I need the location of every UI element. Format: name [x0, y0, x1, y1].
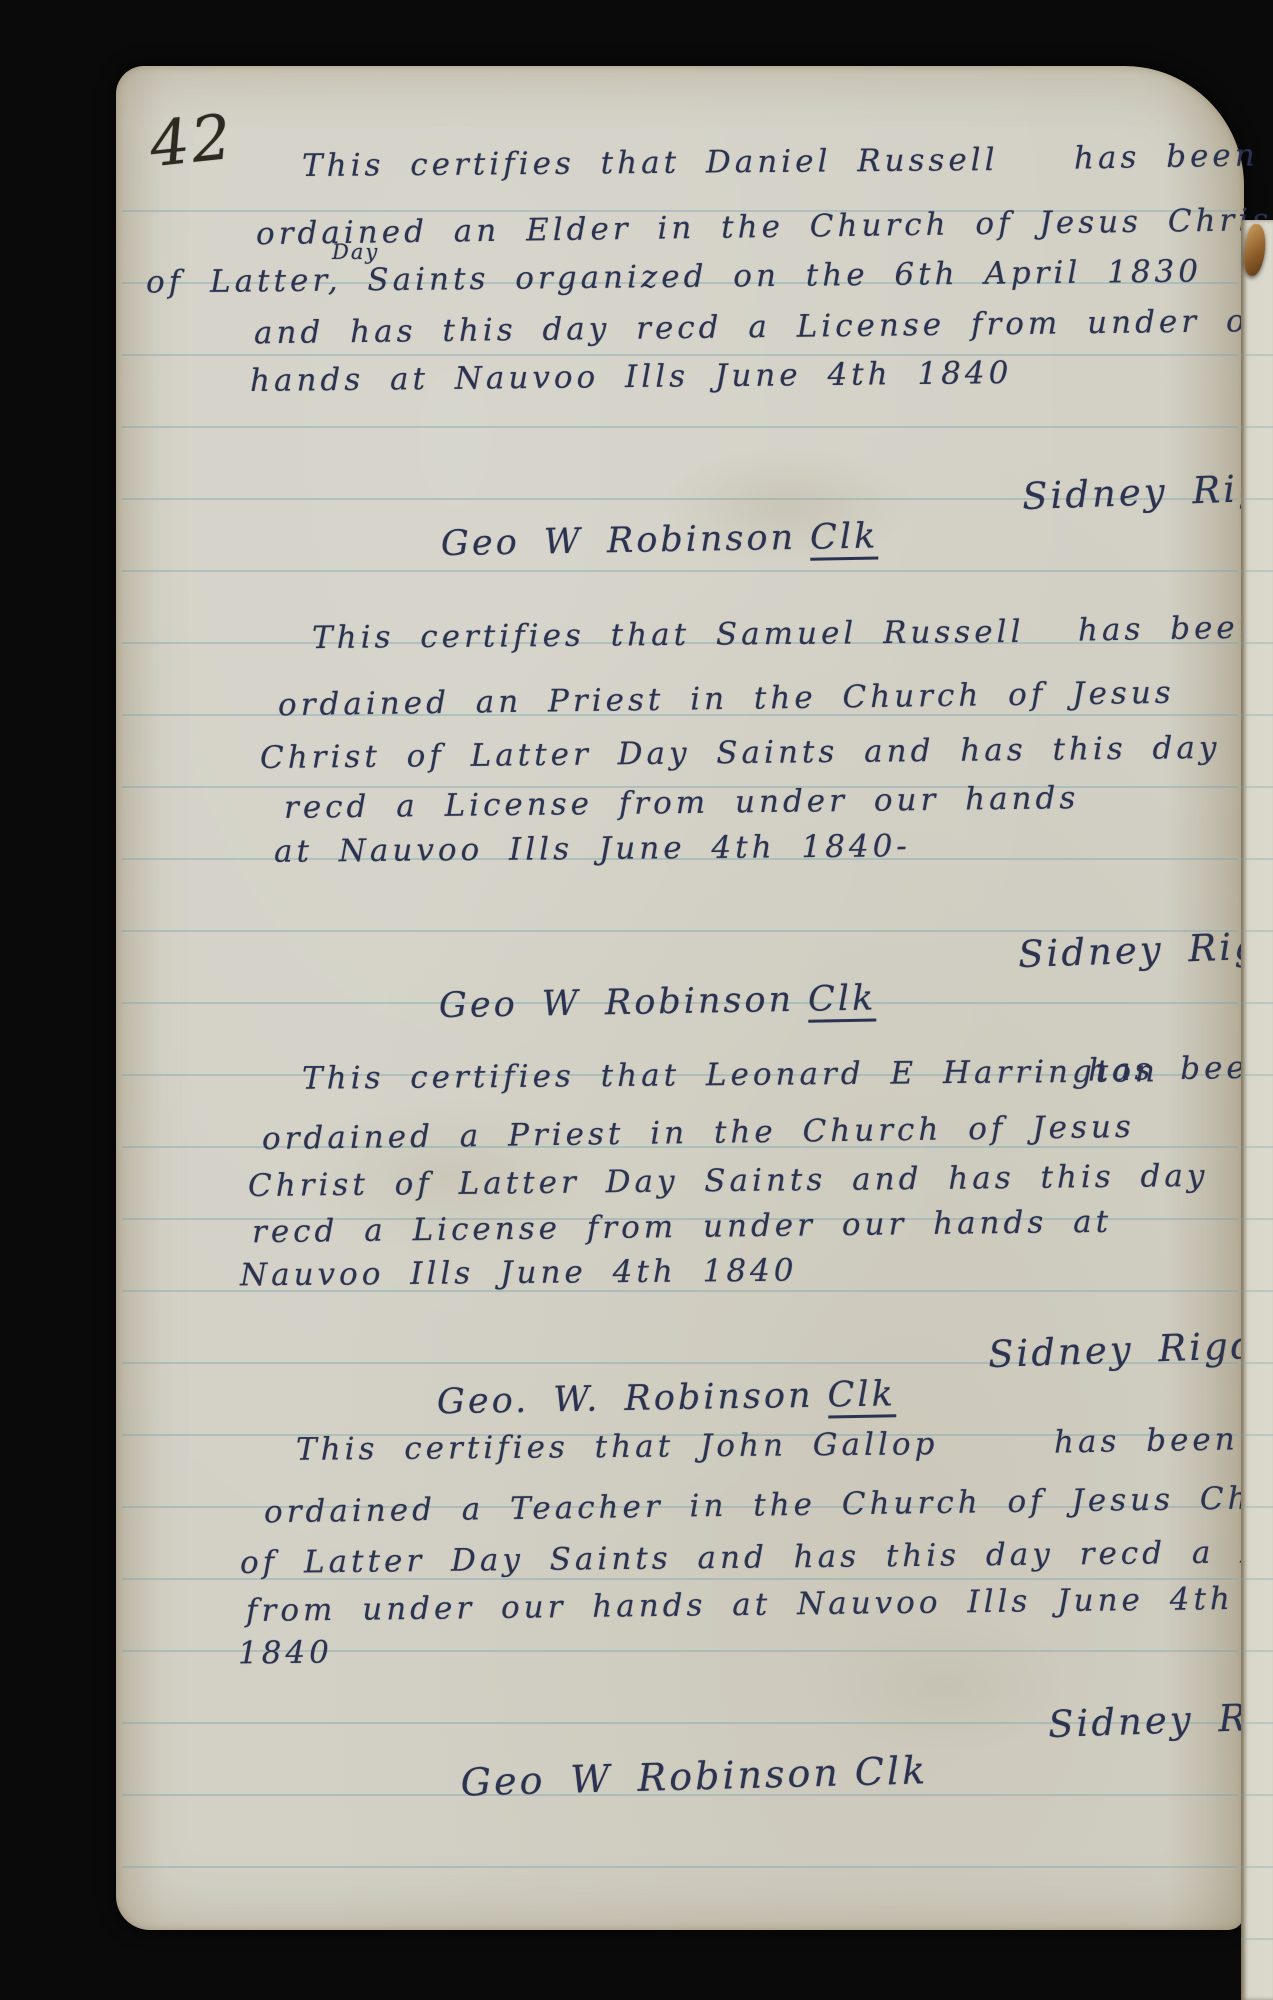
clerk-title: Clk	[808, 982, 877, 1023]
president-name: Sidney Rigdon	[1017, 922, 1273, 976]
adjacent-page-edge	[1241, 220, 1273, 2000]
certificate-line: from under our hands at Nauvoo Ills June…	[246, 1584, 1234, 1627]
clerk-signature: Geo W RobinsonClk	[259, 1713, 930, 1844]
certificate-line-fragment: has been	[1074, 140, 1259, 174]
certificate-line: and has this day recd a License from und…	[254, 306, 1273, 350]
president-name: Sidney Rigdon	[1021, 464, 1273, 518]
president-signature: Sidney RigdonPst	[822, 428, 1273, 559]
certificate-line: 1840	[238, 1638, 333, 1670]
president-signature: Sidney RigdonPst	[818, 886, 1273, 1017]
certificate-line: This certifies that Leonard E Harrington	[302, 1056, 1159, 1094]
certificate-line: recd a License from under our hands	[284, 783, 1080, 824]
clerk-name: Geo W Robinson	[439, 980, 795, 1026]
page-number: 42	[147, 106, 236, 176]
certificate-line: ordained an Elder in the Church of Jesus…	[256, 205, 1273, 250]
certificate-line: Nauvoo Ills June 4th 1840	[240, 1256, 798, 1292]
certificate-line: Christ of Latter Day Saints and has this…	[248, 1161, 1209, 1202]
clerk-name: Geo. W. Robinson	[437, 1376, 814, 1423]
certificate-line: Christ of Latter Day Saints and has this…	[260, 733, 1221, 774]
certificate-line: recd a License from under our hands at	[252, 1207, 1112, 1249]
certificate-line: ordained a Priest in the Church of Jesus	[262, 1112, 1135, 1155]
certificate-line: This certifies that Samuel Russell	[312, 617, 1025, 654]
inserted-word: Day	[332, 242, 379, 263]
clerk-signature: Geo W RobinsonClk	[245, 947, 877, 1068]
certificate-line: This certifies that John Gallop	[296, 1429, 939, 1466]
certificate-line: ordained an Priest in the Church of Jesu…	[278, 678, 1175, 722]
scanned-ledger-photograph: 42 This certifies that Daniel Russell ha…	[0, 0, 1273, 2000]
clerk-name: Geo W Robinson	[460, 1751, 841, 1805]
ledger-page: 42 This certifies that Daniel Russell ha…	[116, 66, 1244, 1930]
clerk-title: Clk	[854, 1751, 928, 1791]
certificate-line: This certifies that Daniel Russell	[302, 145, 999, 182]
ruled-lines	[1241, 284, 1273, 2000]
certificate-line: of Latter, Saints organized on the 6th A…	[146, 256, 1202, 298]
certificate-line-fragment: has been	[1054, 1424, 1239, 1458]
clerk-signature: Geo W RobinsonClk	[247, 485, 879, 606]
clerk-title: Clk	[810, 520, 879, 561]
clerk-name: Geo W Robinson	[441, 518, 797, 564]
certificate-line: hands at Nauvoo Ills June 4th 1840	[250, 358, 1013, 397]
president-name: Sidney Rigdon	[1047, 1692, 1273, 1746]
clerk-title: Clk	[827, 1377, 896, 1418]
president-name: Sidney Rigdon	[987, 1322, 1273, 1376]
certificate-line-fragment: has been	[1078, 612, 1263, 646]
certificate-line: at Nauvoo Ills June 4th 1840-	[274, 831, 911, 868]
certificate-line: ordained a Teacher in the Church of Jesu…	[264, 1483, 1273, 1529]
certificate-line: of Latter Day Saints and has this day re…	[240, 1536, 1273, 1579]
